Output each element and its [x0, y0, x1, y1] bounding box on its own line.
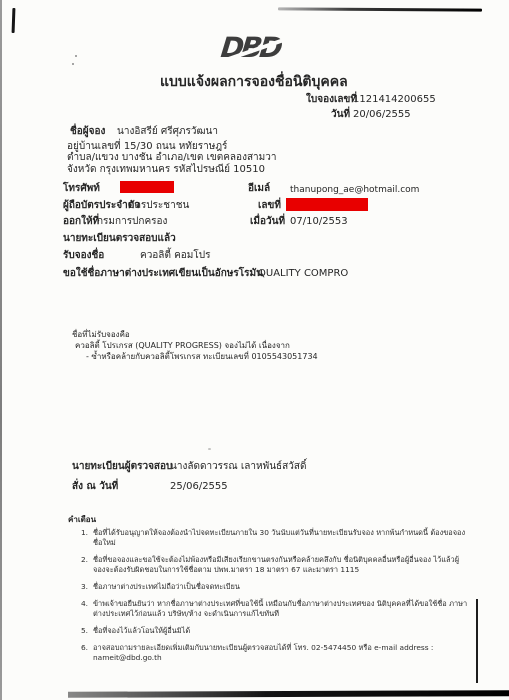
email-value: thanupong_ae@hotmail.com — [290, 184, 419, 196]
warning-item: 2. ชื่อที่ขอจองและขอใช้จะต้องไม่พ้องหรือ… — [78, 555, 468, 575]
warning-text: ข้าพเจ้าขอยืนยันว่า หากชื่อภาษาต่างประเท… — [93, 599, 468, 619]
dbd-logo: DBD — [221, 33, 299, 63]
foreign-name-value: QUALITY COMPRO — [258, 268, 348, 280]
warning-item: 3. ชื่อภาษาต่างประเทศไม่ถือว่าเป็นชื่อจด… — [78, 582, 468, 592]
scan-artifact-top-line — [278, 7, 482, 11]
approved-name-label: รับจองชื่อ — [63, 250, 104, 262]
applicant-name-label: ชื่อผู้จอง — [70, 126, 105, 138]
date-value: 20/06/2555 — [353, 109, 411, 121]
warnings-list: 1. ชื่อที่ได้รับอนุญาตให้จองต้องนำไปจดทะ… — [78, 528, 468, 670]
id-no-label: เลขที่ — [258, 200, 281, 212]
warning-item: 4. ข้าพเจ้าขอยืนยันว่า หากชื่อภาษาต่างปร… — [78, 599, 468, 619]
inspector-label: นายทะเบียนผู้ตรวจสอบ — [72, 461, 172, 473]
scan-artifact-vertical-line — [476, 599, 478, 683]
scan-speck — [72, 63, 74, 65]
warning-number: 5. — [78, 626, 88, 636]
document-title: แบบแจ้งผลการจองชื่อนิติบุคคล — [160, 71, 348, 93]
address-line-3: จังหวัด กรุงเทพมหานคร รหัสไปรษณีย์ 10510 — [67, 164, 265, 176]
id-number-redaction-box — [286, 198, 368, 211]
phone-label: โทรศัพท์ — [63, 183, 100, 195]
email-label: อีเมล์ — [248, 183, 270, 195]
issued-at-value: กรมการปกครอง — [97, 216, 167, 228]
reservation-no-value: 1121414200655 — [353, 94, 436, 106]
reservation-no-label: ใบจองเลขที่ — [306, 94, 357, 106]
issued-date-label: เมื่อวันที่ — [250, 216, 285, 228]
scan-speck — [75, 55, 77, 57]
warning-item: 1. ชื่อที่ได้รับอนุญาตให้จองต้องนำไปจดทะ… — [78, 528, 468, 548]
scanned-document-page: DBD แบบแจ้งผลการจองชื่อนิติบุคคล ใบจองเล… — [0, 0, 509, 700]
scan-artifact-tick — [12, 8, 16, 33]
inspector-name: นางลัดดาวรรณ เลาหพันธ์สวัสดิ์ — [170, 461, 306, 473]
order-date-value: 25/06/2555 — [170, 481, 228, 493]
issued-at-label: ออกให้ที่ — [63, 216, 99, 228]
approved-name-value: ควอลิตี้ คอมโปร — [140, 250, 211, 262]
rejected-line-2: - ซ้ำหรือคล้ายกับควอลิตี้โพรเกรส ทะเบียน… — [86, 351, 318, 363]
warning-number: 4. — [78, 599, 88, 619]
order-date-label: สั่ง ณ วันที่ — [72, 481, 118, 493]
scan-edge-line — [0, 0, 2, 700]
address-line-2: ตำบล/แขวง บางชัน อำเภอ/เขต เขตคลองสามวา — [67, 152, 277, 164]
warning-text: อาจสอบถามรายละเอียดเพิ่มเติมกับนายทะเบีย… — [93, 643, 468, 663]
warning-number: 1. — [78, 528, 88, 548]
scan-speck — [208, 448, 211, 450]
foreign-name-label: ขอใช้ชื่อภาษาต่างประเทศเขียนเป็นอักษรโรม… — [63, 268, 263, 280]
applicant-name-value: นางอิสรีย์ ศรีศุภรวัฒนา — [117, 126, 218, 138]
warning-number: 6. — [78, 643, 88, 663]
warning-text: ชื่อภาษาต่างประเทศไม่ถือว่าเป็นชื่อจดทะเ… — [93, 582, 468, 592]
warning-text: ชื่อที่จองไว้แล้วโอนให้ผู้อื่นมิได้ — [93, 626, 468, 636]
date-label: วันที่ — [331, 109, 350, 121]
warning-text: ชื่อที่ขอจองและขอใช้จะต้องไม่พ้องหรือมีเ… — [93, 555, 468, 575]
warning-number: 3. — [78, 582, 88, 592]
warning-text: ชื่อที่ได้รับอนุญาตให้จองต้องนำไปจดทะเบี… — [93, 528, 468, 548]
scan-artifact-bottom-bar — [68, 690, 509, 698]
issued-date-value: 07/10/2553 — [290, 216, 348, 228]
warnings-header: คำเตือน — [68, 514, 96, 526]
id-type-value: บัตรประชาชน — [128, 200, 189, 212]
warning-item: 6. อาจสอบถามรายละเอียดเพิ่มเติมกับนายทะเ… — [78, 643, 468, 663]
warning-item: 5. ชื่อที่จองไว้แล้วโอนให้ผู้อื่นมิได้ — [78, 626, 468, 636]
warning-number: 2. — [78, 555, 88, 575]
phone-redaction-box — [120, 181, 174, 193]
registrar-checked-note: นายทะเบียนตรวจสอบแล้ว — [63, 233, 176, 245]
